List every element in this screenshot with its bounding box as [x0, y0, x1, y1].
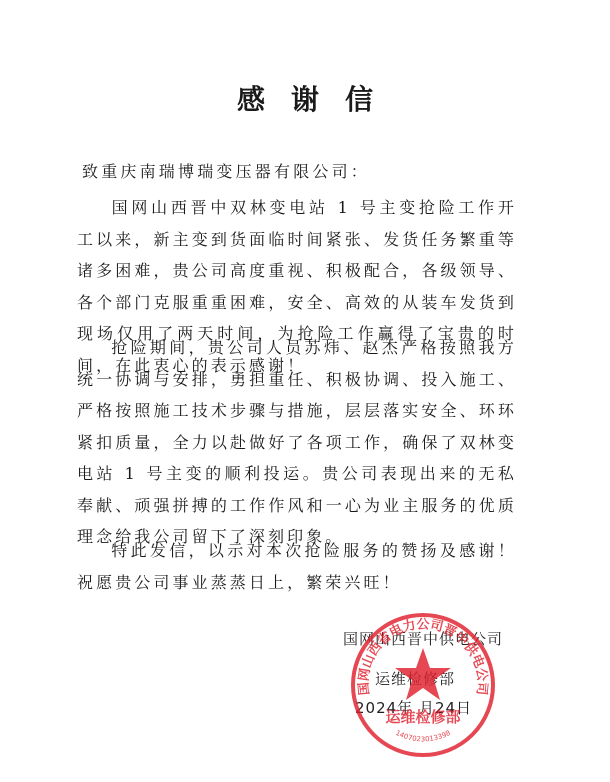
paragraph-2-text: 抢险期间，贵公司人员苏炜、赵杰严格按照我方统一协调与安排，勇担重任、积极协调、投…: [77, 338, 517, 546]
paragraph-3-text: 特此发信，以示对本次抢险服务的赞扬及感谢！祝愿贵公司事业蒸蒸日上，繁荣兴旺！: [77, 541, 517, 592]
svg-text:1407023013398: 1407023013398: [394, 729, 452, 743]
paragraph-2: 抢险期间，贵公司人员苏炜、赵杰严格按照我方统一协调与安排，勇担重任、积极协调、投…: [77, 332, 517, 553]
salutation: 致重庆南瑞博瑞变压器有限公司：: [82, 159, 370, 182]
svg-text:运维检修部: 运维检修部: [385, 708, 460, 726]
letter-title: 感谢信: [0, 78, 610, 118]
official-seal-icon: 国网山西省电力公司晋中供电公司 运维检修部 1407023013398: [348, 610, 498, 760]
seal-star-icon: [395, 648, 451, 700]
paragraph-3: 特此发信，以示对本次抢险服务的赞扬及感谢！祝愿贵公司事业蒸蒸日上，繁荣兴旺！: [77, 535, 517, 598]
